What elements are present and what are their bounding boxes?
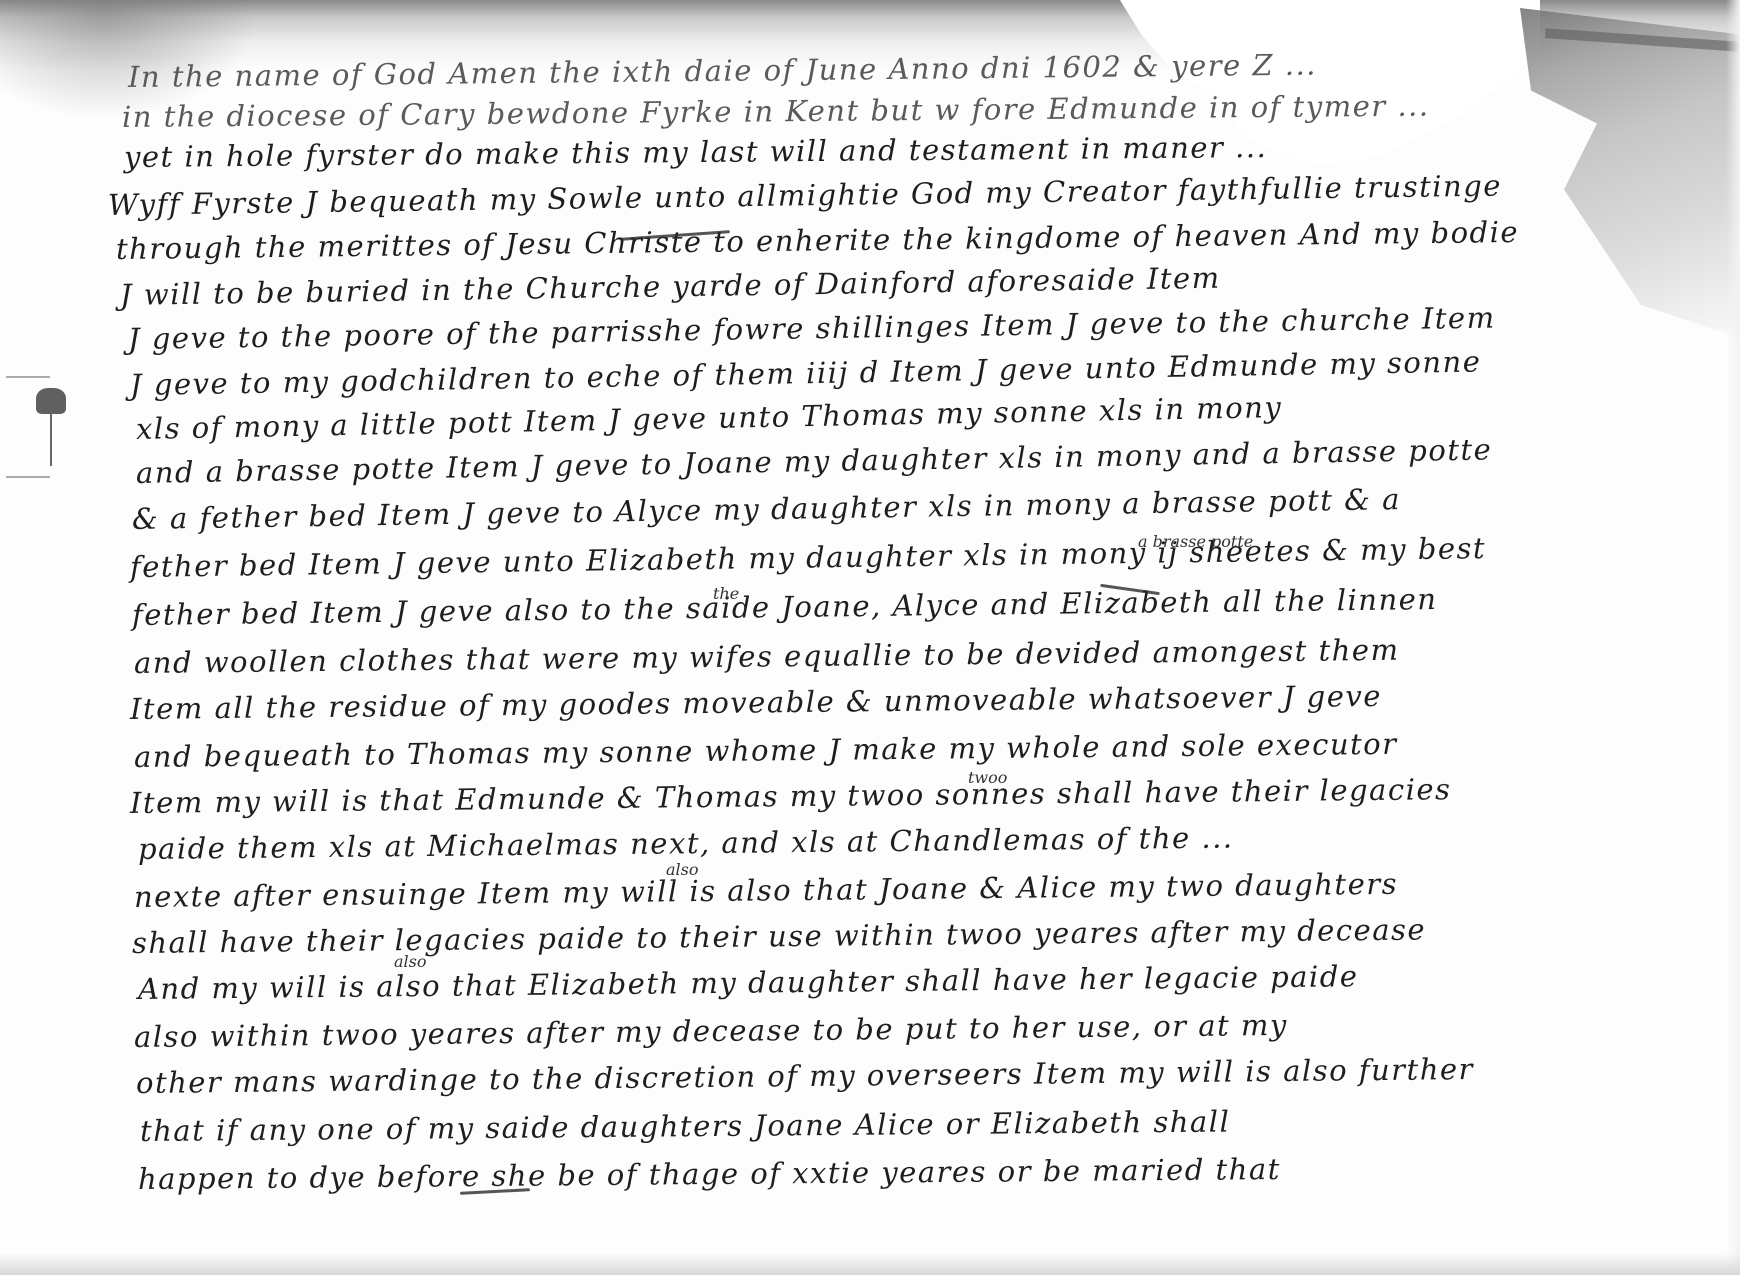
right-edge-shadow bbox=[1726, 0, 1740, 1275]
text-line-12: fether bed Item J geve unto Elizabeth my… bbox=[130, 531, 1486, 584]
interlinear-note: also bbox=[666, 860, 699, 879]
interlinear-note: also bbox=[394, 952, 427, 971]
text-line-2: in the diocese of Cary bewdone Fyrke in … bbox=[122, 89, 1430, 134]
interlinear-note: a brasse potte bbox=[1138, 532, 1253, 551]
text-line-11: & a fether bed Item J geve to Alyce my d… bbox=[132, 482, 1401, 536]
bottom-edge-shadow bbox=[0, 1253, 1740, 1275]
document-page: In the name of God Amen the ixth daie of… bbox=[0, 0, 1740, 1275]
text-line-17: Item my will is that Edmunde & Thomas my… bbox=[130, 772, 1452, 820]
text-line-23: other mans wardinge to the discretion of… bbox=[136, 1052, 1474, 1100]
interlinear-note: twoo bbox=[968, 768, 1007, 787]
margin-tick-mark bbox=[6, 376, 50, 378]
text-line-5: through the merittes of Jesu Christe to … bbox=[116, 215, 1519, 266]
text-line-4: Wyff Fyrste J bequeath my Sowle unto all… bbox=[108, 169, 1502, 222]
text-line-24: that if any one of my saide daughters Jo… bbox=[140, 1104, 1231, 1148]
text-line-25: happen to dye before she be of thage of … bbox=[138, 1152, 1281, 1196]
text-line-15: Item all the residue of my goodes moveab… bbox=[130, 679, 1382, 726]
ink-blot-stem bbox=[50, 410, 52, 466]
interlinear-note: the bbox=[713, 584, 739, 603]
text-line-22: also within twoo yeares after my decease… bbox=[134, 1008, 1288, 1054]
text-line-14: and woollen clothes that were my wifes e… bbox=[134, 633, 1400, 680]
margin-tick-mark bbox=[6, 476, 50, 478]
text-line-20: shall have their legacies paide to their… bbox=[132, 912, 1426, 960]
text-line-16: and bequeath to Thomas my sonne whome J … bbox=[134, 727, 1398, 774]
text-line-21: And my will is also that Elizabeth my da… bbox=[138, 959, 1359, 1006]
text-line-19: nexte after ensuinge Item my will is als… bbox=[134, 867, 1398, 914]
text-line-13: fether bed Item J geve also to the saide… bbox=[132, 582, 1438, 632]
folded-corner-flap bbox=[1520, 8, 1740, 338]
text-line-3: yet in hole fyrster do make this my last… bbox=[124, 130, 1268, 174]
text-line-6: J will to be buried in the Churche yarde… bbox=[120, 261, 1221, 312]
